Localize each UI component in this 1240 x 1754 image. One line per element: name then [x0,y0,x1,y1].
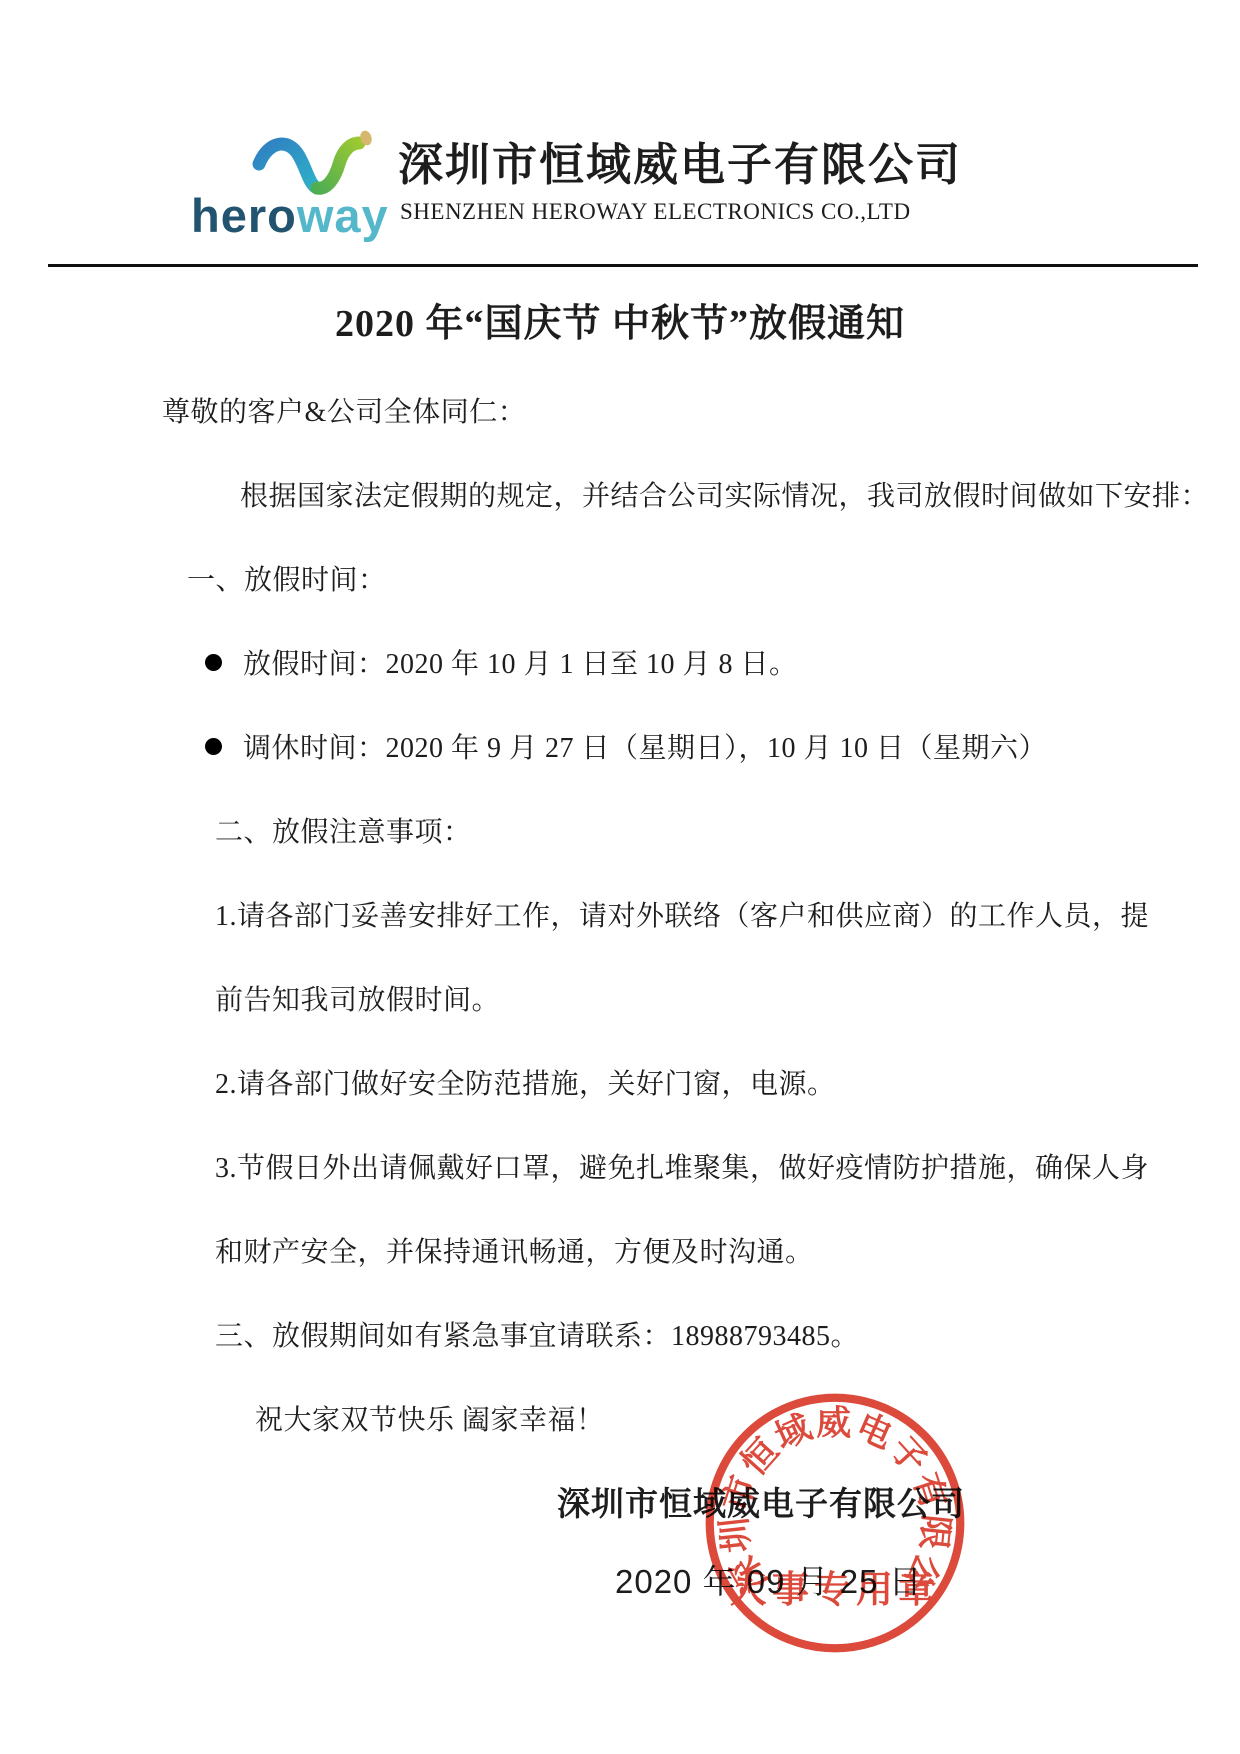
bullet-item-holiday-dates: 放假时间：2020 年 10 月 1 日至 10 月 8 日。 [0,620,1240,704]
bullet-icon [205,654,222,671]
bullet-item-makeup-workdays: 调休时间：2020 年 9 月 27 日（星期日），10 月 10 日（星期六） [0,704,1240,788]
brand-wordmark: heroway [191,192,389,239]
section2-heading: 二、放假注意事项： [0,788,1240,872]
header-divider [48,264,1198,267]
brand-way-text: way [297,189,389,242]
bullet-icon [205,738,222,755]
note1-line2: 前告知我司放假时间。 [0,956,1240,1040]
line-text: 1.请各部门妥善安排好工作，请对外联络（客户和供应商）的工作人员，提 [215,894,1149,934]
document-body: 尊敬的客户&公司全体同仁： 根据国家法定假期的规定，并结合公司实际情况，我司放假… [0,368,1240,1460]
salutation-line: 尊敬的客户&公司全体同仁： [0,368,1240,452]
note2-line: 2.请各部门做好安全防范措施，关好门窗，电源。 [0,1040,1240,1124]
line-text: 和财产安全，并保持通讯畅通，方便及时沟通。 [215,1230,814,1270]
line-text: 祝大家双节快乐 阖家幸福！ [255,1398,605,1438]
company-name-cn: 深圳市恒域威电子有限公司 [398,140,962,192]
intro-line: 根据国家法定假期的规定，并结合公司实际情况，我司放假时间做如下安排： [0,452,1240,536]
note3-line1: 3.节假日外出请佩戴好口罩，避免扎堆聚集，做好疫情防护措施，确保人身 [0,1124,1240,1208]
line-text: 放假时间：2020 年 10 月 1 日至 10 月 8 日。 [243,642,798,682]
stamp-ring-text: 深圳市恒域威电子有限公司 [681,1369,956,1599]
section1-heading: 一、放假时间： [0,536,1240,620]
line-text: 二、放假注意事项： [215,810,472,850]
company-name-en: SHENZHEN HEROWAY ELECTRONICS CO.,LTD [400,198,911,226]
svg-text:深圳市恒域威电子有限公司: 深圳市恒域威电子有限公司 [681,1369,956,1599]
line-text: 前告知我司放假时间。 [215,978,500,1018]
note3-line2: 和财产安全，并保持通讯畅通，方便及时沟通。 [0,1208,1240,1292]
line-text: 尊敬的客户&公司全体同仁： [162,390,526,430]
stamp-label: 人事专用章 [730,1568,940,1610]
line-text: 三、放假期间如有紧急事宜请联系：18988793485。 [215,1314,859,1354]
line-text: 根据国家法定假期的规定，并结合公司实际情况，我司放假时间做如下安排： [240,474,1209,514]
wish-line: 祝大家双节快乐 阖家幸福！ [0,1376,1240,1460]
line-text: 调休时间：2020 年 9 月 27 日（星期日），10 月 10 日（星期六） [243,726,1047,766]
heroway-swoosh-icon [251,130,377,196]
holiday-notice-document: heroway 深圳市恒域威电子有限公司 SHENZHEN HEROWAY EL… [0,0,1240,1754]
brand-hero-text: hero [191,189,297,242]
section3-emergency-contact: 三、放假期间如有紧急事宜请联系：18988793485。 [0,1292,1240,1376]
note1-line1: 1.请各部门妥善安排好工作，请对外联络（客户和供应商）的工作人员，提 [0,872,1240,956]
line-text: 3.节假日外出请佩戴好口罩，避免扎堆聚集，做好疫情防护措施，确保人身 [215,1146,1149,1186]
line-text: 2.请各部门做好安全防范措施，关好门窗，电源。 [215,1062,836,1102]
line-text: 一、放假时间： [187,558,387,598]
document-title: 2020 年“国庆节 中秋节”放假通知 [0,292,1240,347]
company-stamp: 深圳市恒域威电子有限公司 人事专用章 [681,1369,989,1677]
